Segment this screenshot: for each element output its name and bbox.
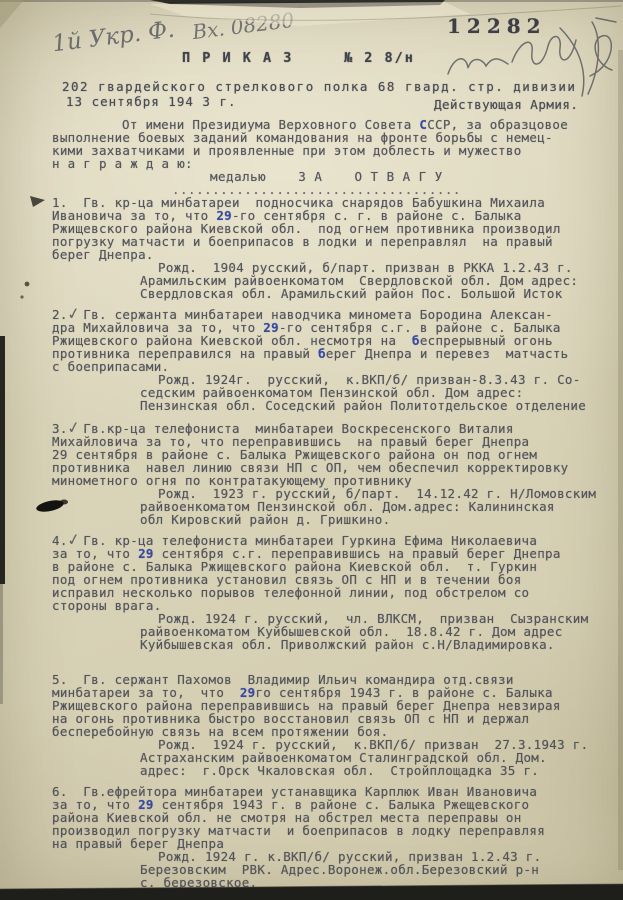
tear-mark	[30, 196, 45, 207]
order-body: От имени Президиума Верховного Совета СС…	[52, 118, 604, 897]
text-line: Свердловская обл. Арамильский район Пос.…	[140, 287, 604, 300]
punch-hole	[20, 295, 23, 298]
award-entry-6: ✓ 6. Гв.ефрейтора минбатареи устанавщика…	[52, 785, 604, 889]
unit-line: 202 гвардейского стрелкового полка 68 гв…	[62, 79, 576, 94]
entry-citation: 1. Гв. кр-ца минбатареи подносчика снаря…	[52, 196, 604, 261]
entry-citation: 6. Гв.ефрейтора минбатареи устанавщика К…	[52, 785, 604, 850]
scanned-order-page: 1й Укр. Ф. Вх. 08280 12282 П Р И К А З №…	[0, 0, 623, 900]
text-line: адрес: г.Орск Чкаловская обл. Стройплоща…	[140, 764, 604, 777]
entry-service-record: Рожд. 1924 г. русский, к.ВКП/б/ призван …	[52, 738, 604, 777]
entry-service-record: Рожд. 1924г. русский, к.ВКП/б/ призван-8…	[52, 373, 604, 412]
text-line: Пензинская обл. Соседский район Политотд…	[140, 399, 604, 412]
award-list: ✓ 1. Гв. кр-ца минбатареи подносчика сна…	[52, 196, 604, 889]
corner-shadow	[0, 0, 24, 28]
entry-service-record: Рожд. 1904 русский, б/парт. призван в РК…	[52, 261, 604, 300]
preamble: От имени Президиума Верховного Совета СС…	[52, 118, 604, 170]
entry-service-record: Рожд. 1923 г. русский, б/парт. 14.12.42 …	[52, 487, 604, 526]
entry-citation: 3. Гв.кр-ца телефониста минбатареи Воскр…	[52, 422, 604, 487]
punch-hole	[25, 282, 30, 287]
order-date: 13 сентября 194 3 г.	[66, 94, 237, 109]
army-line: Действующая Армия.	[434, 97, 578, 112]
award-entry-2: ✓ 2. Гв. сержанта минбатареи наводчика м…	[52, 308, 604, 412]
order-title: П Р И К А З № 2 8/н	[182, 50, 415, 66]
scan-edge-left	[0, 336, 5, 584]
pencil-front-mark: 1й Укр. Ф.	[51, 17, 176, 58]
stamp-number: 12282	[447, 14, 547, 38]
award-entry-3: ✓ 3. Гв.кр-ца телефониста минбатареи Вос…	[52, 422, 604, 526]
entry-citation: 2. Гв. сержанта минбатареи наводчика мин…	[52, 308, 604, 373]
entry-citation: 5. Гв. сержант Пахомов Владимир Ильич ко…	[52, 673, 604, 738]
entry-citation: 4. Гв. кр-ца телефониста минбатареи Гурк…	[52, 534, 604, 612]
award-entry-1: ✓ 1. Гв. кр-ца минбатареи подносчика сна…	[52, 196, 604, 300]
entry-service-record: Рожд. 1924 г. русский, чл. ВЛКСМ, призва…	[52, 612, 604, 651]
text-line: обл Кировский район д. Гришкино.	[140, 513, 604, 526]
scan-edge-top	[150, 0, 445, 8]
scan-edge-top-thin	[0, 0, 623, 2]
scan-edge-left	[0, 584, 3, 704]
pencil-incoming-number: Вх. 08280	[191, 8, 295, 44]
award-entry-5: ✓ 5. Гв. сержант Пахомов Владимир Ильич …	[52, 673, 604, 777]
award-entry-4: ✓ 4. Гв. кр-ца телефониста минбатареи Гу…	[52, 534, 604, 651]
entry-service-record: Рожд. 1924 г. к.ВКП/б/ русский, призван …	[52, 850, 604, 889]
scan-edge-right	[618, 50, 623, 870]
text-line: с. березовское.	[140, 876, 604, 889]
text-line: Куйбышевская обл. Приволжский район с.Н/…	[140, 638, 604, 651]
